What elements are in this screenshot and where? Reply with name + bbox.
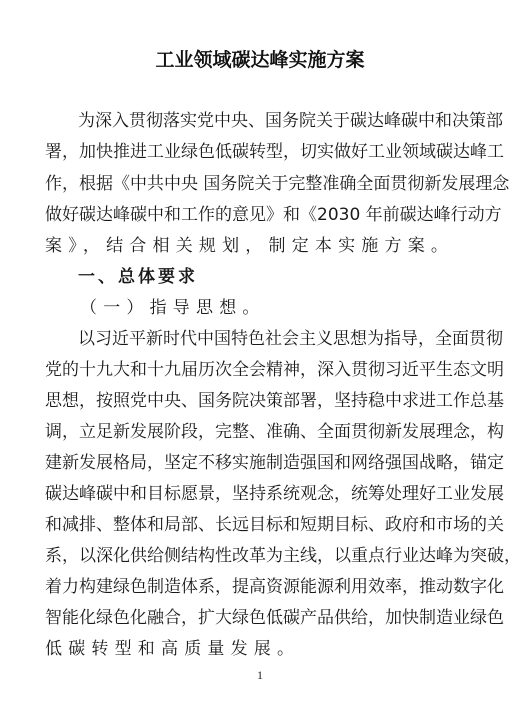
- intro-line-4: 做好碳达峰碳中和工作的意见》和《2030 年前碳达峰行动方: [45, 203, 477, 227]
- body-line-9: 着力构建绿色制造体系，提高资源能源利用效率，推动数字化: [45, 575, 477, 599]
- document-title: 工业领域碳达峰实施方案: [0, 45, 520, 72]
- section-heading: 一、总体要求: [78, 265, 477, 289]
- body-line-4: 调，立足新发展阶段，完整、准确、全面贯彻新发展理念，构: [45, 420, 477, 444]
- intro-line-1: 为深入贯彻落实党中央、国务院关于碳达峰碳中和决策部: [78, 109, 477, 133]
- body-line-7: 和减排、整体和局部、长远目标和短期目标、政府和市场的关: [45, 513, 477, 537]
- intro-line-5: 案》，结合相关规划，制定本实施方案。: [45, 234, 477, 258]
- body-line-6: 碳达峰碳中和目标愿景，坚持系统观念，统筹处理好工业发展: [45, 482, 477, 506]
- body-line-3: 思想，按照党中央、国务院决策部署，坚持稳中求进工作总基: [45, 389, 477, 413]
- body-line-1: 以习近平新时代中国特色社会主义思想为指导，全面贯彻: [78, 327, 477, 351]
- subsection-heading: （一）指导思想。: [80, 296, 479, 320]
- page-number: 1: [0, 668, 520, 683]
- body-line-11: 低碳转型和高质量发展。: [45, 637, 477, 661]
- intro-line-3: 作，根据《中共中央 国务院关于完整准确全面贯彻新发展理念: [45, 172, 477, 196]
- intro-line-2: 署，加快推进工业绿色低碳转型，切实做好工业领域碳达峰工: [45, 140, 477, 164]
- body-line-10: 智能化绿色化融合，扩大绿色低碳产品供给，加快制造业绿色: [45, 606, 477, 630]
- body-line-2: 党的十九大和十九届历次全会精神，深入贯彻习近平生态文明: [45, 358, 477, 382]
- body-line-8: 系，以深化供给侧结构性改革为主线，以重点行业达峰为突破，: [45, 544, 477, 568]
- document-page: 工业领域碳达峰实施方案 为深入贯彻落实党中央、国务院关于碳达峰碳中和决策部 署，…: [0, 0, 520, 710]
- body-line-5: 建新发展格局，坚定不移实施制造强国和网络强国战略，锚定: [45, 451, 477, 475]
